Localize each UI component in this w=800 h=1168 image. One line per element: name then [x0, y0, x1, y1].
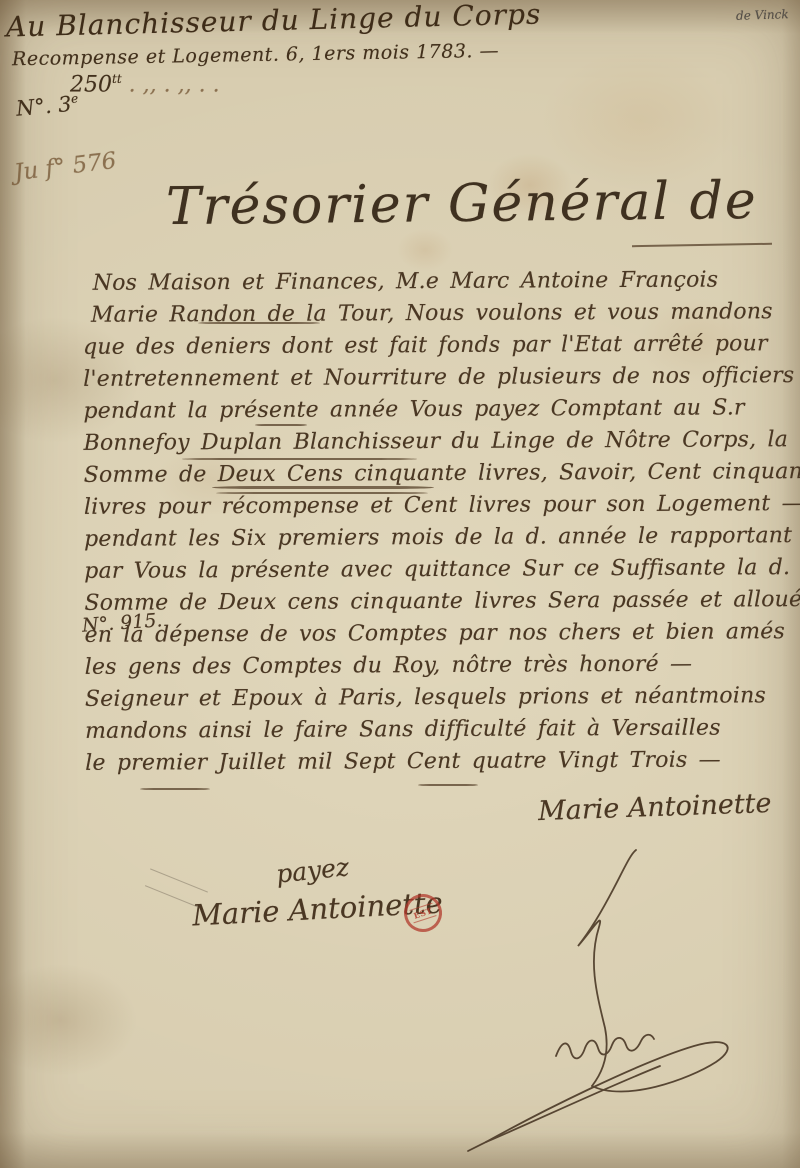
- document-number-sup: e: [70, 91, 78, 106]
- body-line: Nos Maison et Finances, M.e Marc Antoine…: [93, 264, 787, 300]
- pencil-stroke: [150, 868, 208, 892]
- body-line: Somme de Deux cens cinquante livres Sera…: [84, 584, 788, 620]
- underline-mark: [182, 458, 417, 460]
- pencil-stroke: [145, 885, 199, 908]
- body-line: le premier Juillet mil Sept Cent quatre …: [85, 744, 789, 780]
- body-line: en la dépense de vos Comptes par nos che…: [85, 616, 789, 652]
- body-line: Marie Randon de la Tour, Nous voulons et…: [91, 296, 787, 332]
- body-line: que des deniers dont est fait fonds par …: [83, 328, 787, 364]
- underline-mark: [255, 424, 307, 426]
- document-body: Nos Maison et Finances, M.e Marc Antoine…: [83, 264, 790, 780]
- amount-unit-livres: tt: [112, 72, 122, 86]
- body-line: l'entretennement et Nourriture de plusie…: [83, 360, 787, 396]
- document-title: Trésorier Général de: [166, 171, 758, 237]
- document-number-value: N°. 3: [15, 92, 72, 121]
- underline-mark: [198, 322, 320, 324]
- folio-note: Ju f° 576: [13, 148, 118, 186]
- body-line: Seigneur et Epoux à Paris, lesquels prio…: [85, 680, 789, 716]
- amount-trail-marks: . ,, . ,, . .: [129, 72, 220, 97]
- body-line: pendant les Six premiers mois de la d. a…: [84, 520, 788, 556]
- underline-mark: [216, 492, 428, 494]
- library-stamp-text: EST: [410, 903, 437, 924]
- manuscript-page: Au Blanchisseur du Linge du Corps Recomp…: [0, 0, 800, 1168]
- body-line: Somme de Deux Cens cinquante livres, Sav…: [84, 456, 788, 492]
- body-line: pendant la présente année Vous payez Com…: [83, 392, 787, 428]
- underline-mark: [212, 486, 434, 489]
- amount-annotation: 250tt . ,, . ,, . .: [70, 72, 220, 97]
- collection-stamp: de Vinck: [736, 7, 789, 23]
- body-line: livres pour récompense et Cent livres po…: [84, 488, 788, 524]
- body-line: les gens des Comptes du Roy, nôtre très …: [85, 648, 789, 684]
- underline-mark: [418, 784, 478, 786]
- document-number: N°. 3e: [15, 91, 80, 120]
- body-line: par Vous la présente avec quittance Sur …: [84, 552, 788, 588]
- header-subject-line: Recompense et Logement. 6, 1ers mois 178…: [12, 40, 499, 70]
- underline-mark: [140, 788, 210, 790]
- body-line: Bonnefoy Duplan Blanchisseur du Linge de…: [84, 424, 788, 460]
- paid-note: payez: [275, 852, 351, 888]
- header-recipient-line: Au Blanchisseur du Linge du Corps: [6, 0, 542, 44]
- title-dash-stroke: [632, 243, 772, 247]
- signature-marie-antoinette: Marie Antoinette: [538, 788, 772, 827]
- body-line: mandons ainsi le faire Sans difficulté f…: [85, 712, 789, 748]
